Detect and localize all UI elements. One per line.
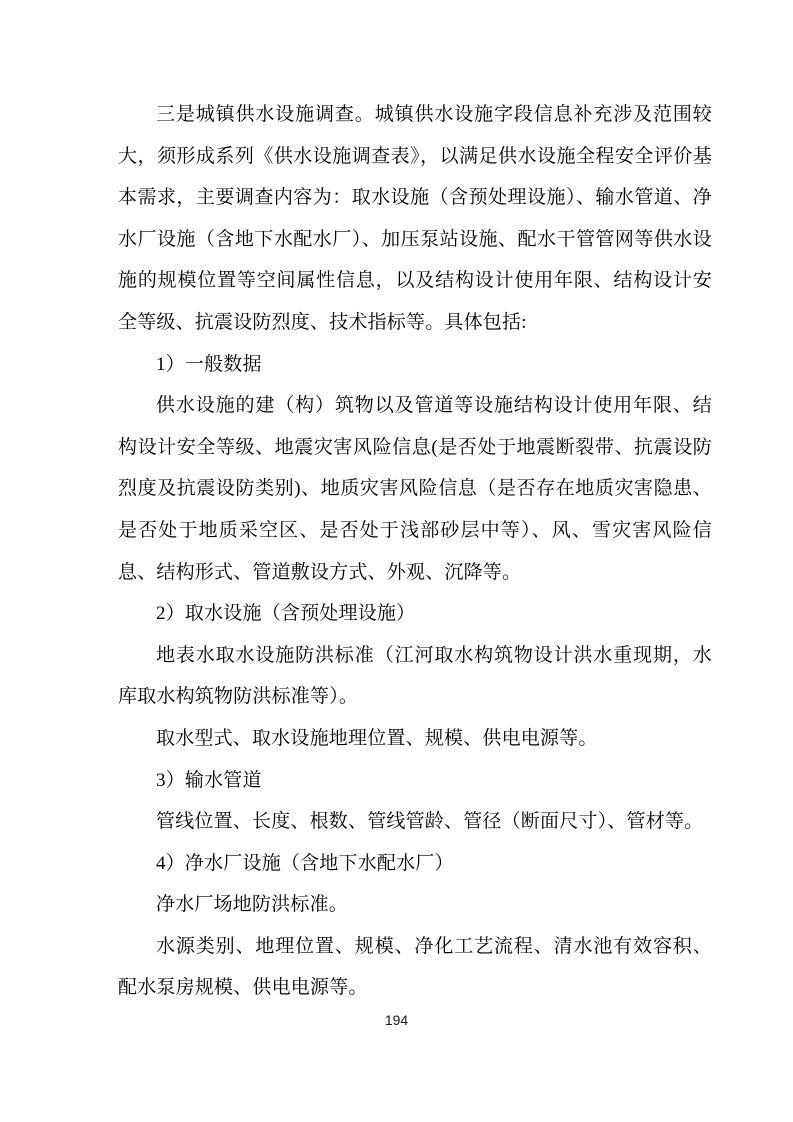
text-block: 三是城镇供水设施调查。城镇供水设施字段信息补充涉及范围较大，须形成系列《供水设施… — [118, 94, 712, 1009]
page-footer: 194 — [0, 1012, 793, 1030]
paragraph-general-data-details: 供水设施的建（构）筑物以及管道等设施结构设计使用年限、结构设计安全等级、地震灾害… — [118, 385, 712, 593]
paragraph-intake-flood-standard: 地表水取水设施防洪标准（江河取水构筑物设计洪水重现期，水库取水构筑物防洪标准等）… — [118, 635, 712, 718]
document-page: 三是城镇供水设施调查。城镇供水设施字段信息补充涉及范围较大，须形成系列《供水设施… — [0, 0, 793, 1122]
paragraph-plant-attributes: 水源类别、地理位置、规模、净化工艺流程、清水池有效容积、配水泵房规模、供电电源等… — [118, 926, 712, 1009]
section-heading-2-intake-facilities: 2）取水设施（含预处理设施） — [118, 593, 712, 635]
paragraph-plant-flood-standard: 净水厂场地防洪标准。 — [118, 884, 712, 926]
paragraph-supply-survey-intro: 三是城镇供水设施调查。城镇供水设施字段信息补充涉及范围较大，须形成系列《供水设施… — [118, 94, 712, 344]
section-heading-3-transmission-pipeline: 3）输水管道 — [118, 760, 712, 802]
section-heading-4-water-treatment-plant: 4）净水厂设施（含地下水配水厂） — [118, 843, 712, 885]
page-number: 194 — [385, 1012, 408, 1028]
paragraph-pipeline-attributes: 管线位置、长度、根数、管线管龄、管径（断面尺寸）、管材等。 — [118, 801, 712, 843]
section-heading-1-general-data: 1）一般数据 — [118, 344, 712, 386]
paragraph-intake-type-and-location: 取水型式、取水设施地理位置、规模、供电电源等。 — [118, 718, 712, 760]
